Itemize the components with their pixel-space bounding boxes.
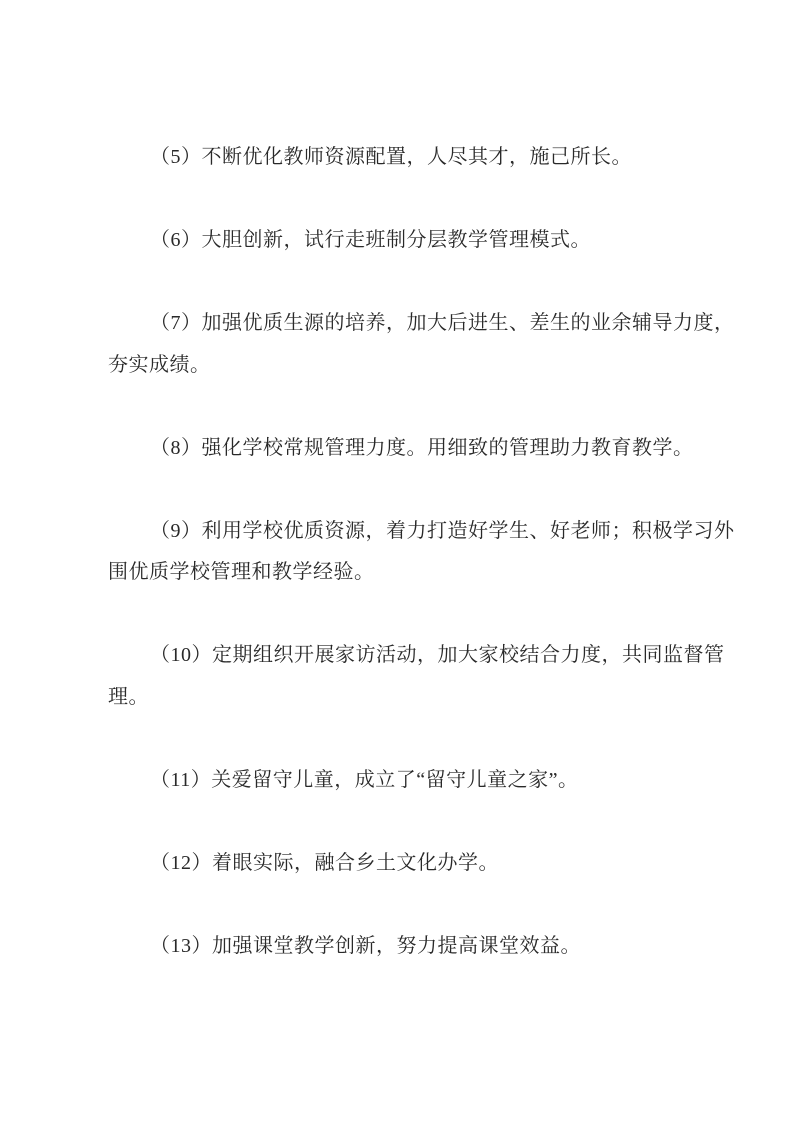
paragraph-item-6: （6）大胆创新，试行走班制分层教学管理模式。	[108, 220, 708, 262]
text-line: （10）定期组织开展家访活动，加大家校结合力度，共同监督管	[108, 635, 708, 677]
text-line: （7）加强优质生源的培养，加大后进生、差生的业余辅导力度，	[108, 303, 708, 345]
text-line: （13）加强课堂教学创新，努力提高课堂效益。	[108, 926, 708, 968]
text-line: 夯实成绩。	[108, 345, 708, 387]
text-line: （8）强化学校常规管理力度。用细致的管理助力教育教学。	[108, 428, 708, 470]
paragraph-item-5: （5）不断优化教师资源配置，人尽其才，施己所长。	[108, 137, 708, 179]
document-body: （5）不断优化教师资源配置，人尽其才，施己所长。 （6）大胆创新，试行走班制分层…	[0, 0, 793, 967]
paragraph-item-8: （8）强化学校常规管理力度。用细致的管理助力教育教学。	[108, 428, 708, 470]
text-line: （11）关爱留守儿童，成立了“留守儿童之家”。	[108, 760, 708, 802]
paragraph-item-11: （11）关爱留守儿童，成立了“留守儿童之家”。	[108, 760, 708, 802]
paragraph-item-13: （13）加强课堂教学创新，努力提高课堂效益。	[108, 926, 708, 968]
paragraph-item-9: （9）利用学校优质资源，着力打造好学生、好老师；积极学习外 围优质学校管理和教学…	[108, 511, 708, 594]
paragraph-item-7: （7）加强优质生源的培养，加大后进生、差生的业余辅导力度， 夯实成绩。	[108, 303, 708, 386]
paragraph-item-10: （10）定期组织开展家访活动，加大家校结合力度，共同监督管 理。	[108, 635, 708, 718]
text-line: （9）利用学校优质资源，着力打造好学生、好老师；积极学习外	[108, 511, 708, 553]
text-line: （5）不断优化教师资源配置，人尽其才，施己所长。	[108, 137, 708, 179]
text-line: 理。	[108, 677, 708, 719]
text-line: 围优质学校管理和教学经验。	[108, 552, 708, 594]
document-page: （5）不断优化教师资源配置，人尽其才，施己所长。 （6）大胆创新，试行走班制分层…	[0, 0, 793, 1122]
text-line: （12）着眼实际，融合乡土文化办学。	[108, 843, 708, 885]
paragraph-item-12: （12）着眼实际，融合乡土文化办学。	[108, 843, 708, 885]
text-line: （6）大胆创新，试行走班制分层教学管理模式。	[108, 220, 708, 262]
